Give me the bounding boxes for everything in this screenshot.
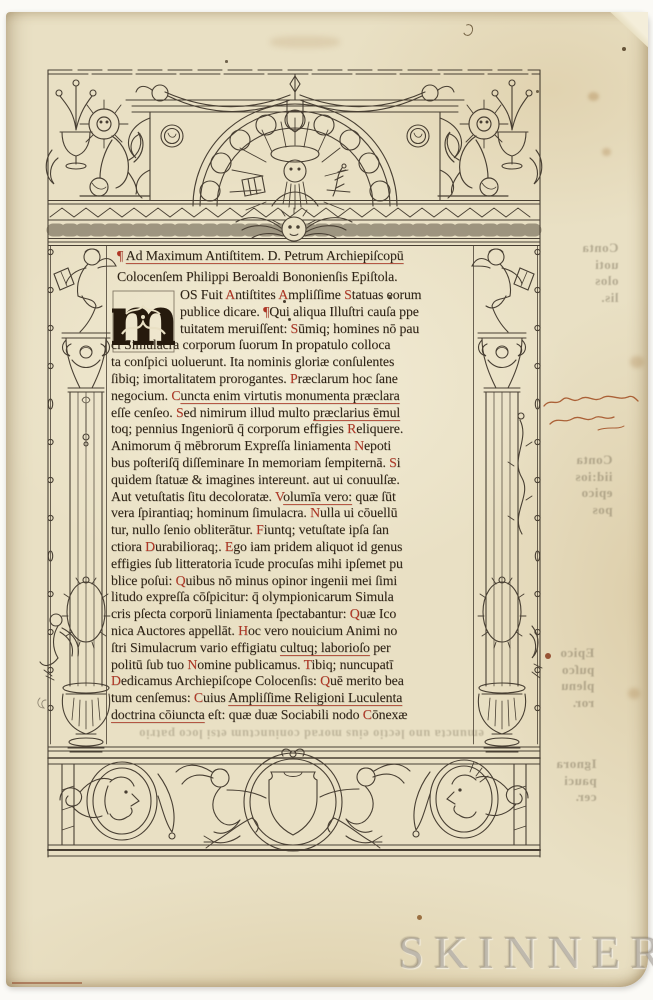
body-line: Aut vetuſtatis ſitu decoloratæ. Volumīa … [111, 489, 473, 506]
foxing-spot [602, 148, 611, 156]
left-margin-ornament [38, 698, 46, 708]
decorated-initial-m: m [112, 290, 175, 353]
book-icon [242, 176, 265, 196]
left-flower-vase [46, 80, 96, 184]
right-lion [438, 100, 508, 196]
verso-showthrough-block: Ignora pauci cer. [556, 756, 597, 806]
left-harpy [40, 614, 78, 680]
body-line: blice poſui: Quibus nō minus opinor inge… [111, 573, 473, 590]
body-line: vera ſpirantiaq; hominum ſimulacra. Null… [111, 505, 473, 522]
stain [270, 36, 340, 48]
heading-line: ¶ Ad Maximum Antiſtitem. D. Petrum Archi… [111, 246, 473, 267]
body-line: litudo expreſſa cōſpicitur: q̄ olympioni… [111, 589, 473, 606]
body-line: quidem ſtatuæ & imagines intereunt. aut … [111, 472, 473, 489]
right-urn [478, 683, 525, 752]
body-line: tur, nullo ſenio obliterātur. Fiuntq; ve… [111, 522, 473, 539]
red-ink-dot [545, 653, 551, 659]
verso-showthrough-footer: emuncta uno lectio eius morad coniunctum… [118, 726, 484, 741]
wormhole [288, 318, 291, 321]
epistle-heading: ¶ Ad Maximum Antiſtitem. D. Petrum Archi… [111, 246, 473, 287]
body-line: politū ſub tuo Nomine publicamus. Tibiq;… [111, 657, 473, 674]
body-line: ctiora Durabilioraq;. Ego iam pridem ali… [111, 539, 473, 556]
bottom-frieze [48, 747, 540, 856]
body-line: bus poſteriſq̄ diſſeminare In memoriam ſ… [111, 455, 473, 472]
skinner-watermark: SKINNER [398, 926, 653, 980]
left-frieze-putto [176, 765, 266, 833]
book-page-photograph: ¶ Ad Maximum Antiſtitem. D. Petrum Archi… [0, 0, 653, 1000]
right-column-serpent-vine [508, 413, 532, 534]
frieze-scrollwork [60, 772, 528, 839]
verso-showthrough-block: Epico puſco plenu ror. [560, 645, 594, 711]
body-line: ta conſpici uoluerunt. Ita nominis glori… [111, 354, 473, 371]
left-bead-chain [48, 246, 53, 744]
right-column-capital [478, 333, 526, 392]
right-dolphin [328, 818, 382, 848]
edge-mark [12, 982, 82, 984]
left-column-capital [62, 333, 110, 392]
foxing-spot [417, 915, 422, 920]
foxing-spot [588, 92, 599, 101]
left-dolphin [204, 818, 258, 848]
body-line: Dedicamus Archiepiſcope Colocenſis: Quē … [111, 673, 473, 690]
body-line: ſtri Simulacrum vario effigiatu cultuq; … [111, 640, 473, 657]
wormhole [389, 296, 392, 299]
foxing-spot [628, 688, 640, 699]
body-line: toq; pennius Ingeniorū q̄ corporum effig… [111, 421, 473, 438]
right-column-putto [472, 249, 534, 332]
marginal-annotation [540, 390, 642, 440]
body-line: nica Auctores appellāt. Hoc vero nouiciu… [111, 623, 473, 640]
right-bead-chain [535, 246, 540, 744]
right-flower-vase [492, 80, 542, 184]
left-lion [80, 100, 150, 196]
foxing-spot [630, 356, 644, 368]
right-profile-medallion [430, 760, 498, 838]
body-line: Animorum q̄ mēbrorum Expreſſa liniamenta… [111, 438, 473, 455]
body-line: eſſe cenſeo. Sed nimirum illud multo præ… [111, 405, 473, 422]
body-line: cris pſecta corporū liniamenta ſpectaban… [111, 606, 473, 623]
body-line: ſibiq; imortalitatem prorogantes. Præcla… [111, 371, 473, 388]
body-line: doctrina cōiuncta eſt: quæ duæ Sociabili… [111, 707, 473, 724]
left-urn [62, 683, 109, 752]
speck [536, 90, 539, 93]
verso-showthrough-block: Conta uoti olos lis. [582, 240, 618, 306]
body-line: negocium. Cuncta enim virtutis monumenta… [111, 388, 473, 405]
speck [225, 60, 228, 63]
heading-line: Colocenſem Philippi Beroaldi Bononienſis… [111, 267, 473, 288]
verso-showthrough-block: Conta iid:ios epico pos [575, 452, 612, 518]
wormhole [622, 47, 626, 51]
left-profile-medallion [87, 762, 157, 840]
body-line: tum cenſemus: Cuius Ampliſſime Religioni… [111, 690, 473, 707]
body-line: effigies ſub litteratoria īcude procuſas… [111, 556, 473, 573]
wormhole [283, 300, 286, 303]
